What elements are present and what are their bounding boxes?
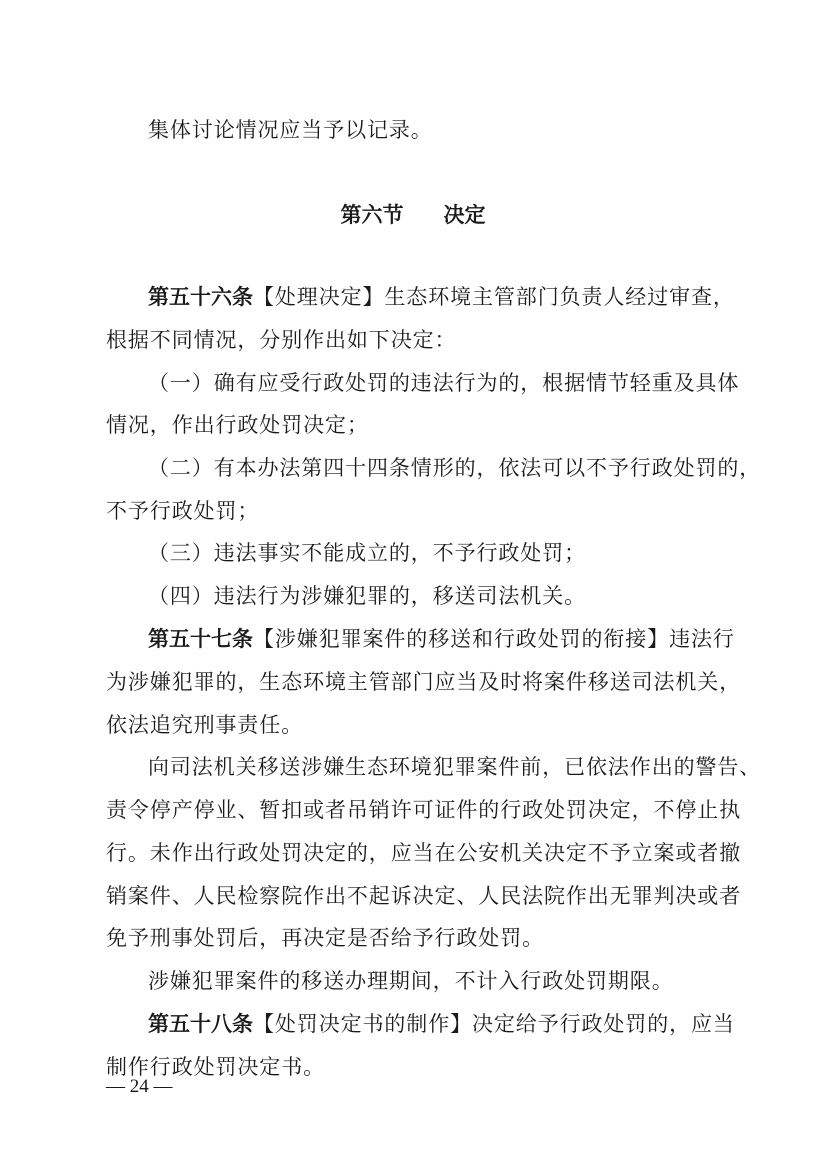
article-number: 第五十六条 (148, 285, 253, 309)
paragraph-line: 向司法机关移送涉嫌生态环境犯罪案件前，已依法作出的警告、 (148, 752, 720, 782)
section-number: 第六节 (341, 203, 404, 227)
paragraph-line: 集体讨论情况应当予以记录。 (148, 115, 720, 145)
article-title: 【处罚决定书的制作】 (253, 1012, 472, 1036)
paragraph-line: （三）违法事实不能成立的，不予行政处罚； (148, 538, 720, 568)
section-title: 决定 (444, 203, 486, 227)
paragraph-line: 为涉嫌犯罪的，生态环境主管部门应当及时将案件移送司法机关， (106, 667, 720, 697)
paragraph-line: 制作行政处罚决定书。 (106, 1052, 720, 1082)
paragraph-line: 依法追究刑事责任。 (106, 710, 720, 740)
paragraph-line: 行。未作出行政处罚决定的，应当在公安机关决定不予立案或者撤 (106, 838, 720, 868)
article-title: 【涉嫌犯罪案件的移送和行政处罚的衔接】 (253, 627, 669, 651)
page-number: — 24 — (106, 1073, 173, 1101)
article-title: 【处理决定】 (253, 285, 384, 309)
paragraph-line: 涉嫌犯罪案件的移送办理期间，不计入行政处罚期限。 (148, 966, 720, 996)
paragraph-line: 销案件、人民检察院作出不起诉决定、人民法院作出无罪判决或者 (106, 881, 720, 911)
paragraph-line: 不予行政处罚； (106, 496, 720, 526)
article-number: 第五十八条 (148, 1012, 253, 1036)
article-58-first-line: 第五十八条【处罚决定书的制作】决定给予行政处罚的，应当 (148, 1009, 720, 1039)
section-heading: 第六节决定 (0, 200, 826, 230)
article-text: 违法行 (669, 627, 735, 651)
paragraph-line: 责令停产停业、暂扣或者吊销许可证件的行政处罚决定，不停止执 (106, 795, 720, 825)
article-56-first-line: 第五十六条【处理决定】生态环境主管部门负责人经过审查， (148, 282, 720, 312)
article-number: 第五十七条 (148, 627, 253, 651)
article-text: 生态环境主管部门负责人经过审查， (384, 285, 734, 309)
paragraph-line: （二）有本办法第四十四条情形的，依法可以不予行政处罚的， (148, 453, 720, 483)
paragraph-line: 根据不同情况，分别作出如下决定： (106, 325, 720, 355)
paragraph-line: （一）确有应受行政处罚的违法行为的，根据情节轻重及具体 (148, 368, 720, 398)
paragraph-line: 情况，作出行政处罚决定； (106, 410, 720, 440)
paragraph-line: （四）违法行为涉嫌犯罪的，移送司法机关。 (148, 581, 720, 611)
article-57-first-line: 第五十七条【涉嫌犯罪案件的移送和行政处罚的衔接】违法行 (148, 624, 720, 654)
article-text: 决定给予行政处罚的，应当 (472, 1012, 735, 1036)
paragraph-line: 免予刑事处罚后，再决定是否给予行政处罚。 (106, 923, 720, 953)
